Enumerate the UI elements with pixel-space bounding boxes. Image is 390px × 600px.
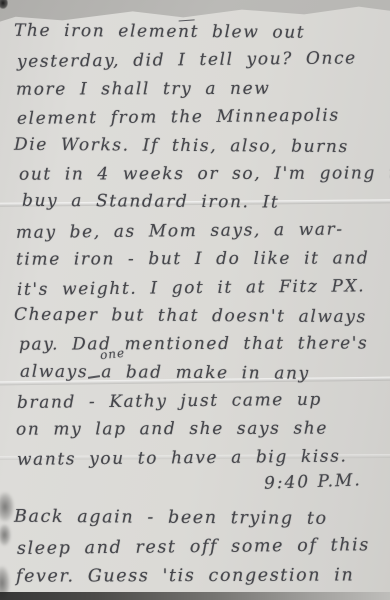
letter-paper: 3 The iron element blew outyesterday, di… [0, 0, 390, 600]
letter-line: Die Works. If this, also, burns [14, 134, 386, 165]
letter-line: may be, as Mom says, a war- [16, 219, 386, 251]
letter-line: The iron element blew out [14, 21, 386, 52]
insertion-word: one [99, 346, 125, 363]
letter-line: pay. Dad mentioned that there's [19, 334, 388, 364]
letter-line: it's weight. I got it at Fitz PX. [17, 276, 386, 308]
letter-line: out in 4 weeks or so, I'm going to [19, 163, 388, 193]
scan-bottom-edge [0, 592, 390, 600]
letter-line: on my lap and she says she [16, 419, 388, 449]
letter-line: time iron - but I do like it and [16, 248, 388, 278]
edge-smudge [0, 492, 14, 522]
letter-paragraph-2: Back again - been trying tosleep and res… [14, 508, 386, 595]
letter-line: brand - Kathy just came up [17, 389, 386, 421]
letter-line: buy a Standard iron. It [22, 191, 386, 222]
letter-line: Back again - been trying to [14, 507, 386, 539]
letter-line: always a bad make in any [20, 361, 386, 392]
letter-line: more I shall try a new [16, 78, 388, 108]
edge-smudge [0, 524, 11, 546]
letter-line: Cheaper but that doesn't always [14, 305, 386, 336]
scan-corner-mark [0, 0, 8, 9]
timestamp: 9:40 P.M. [264, 470, 362, 493]
letter-line: element from the Minneapolis [17, 105, 386, 137]
letter-paragraph-1: The iron element blew outyesterday, did … [14, 22, 386, 476]
letter-line: yesterday, did I tell you? Once [17, 48, 386, 80]
letter-line: sleep and rest off some of this [17, 535, 386, 568]
